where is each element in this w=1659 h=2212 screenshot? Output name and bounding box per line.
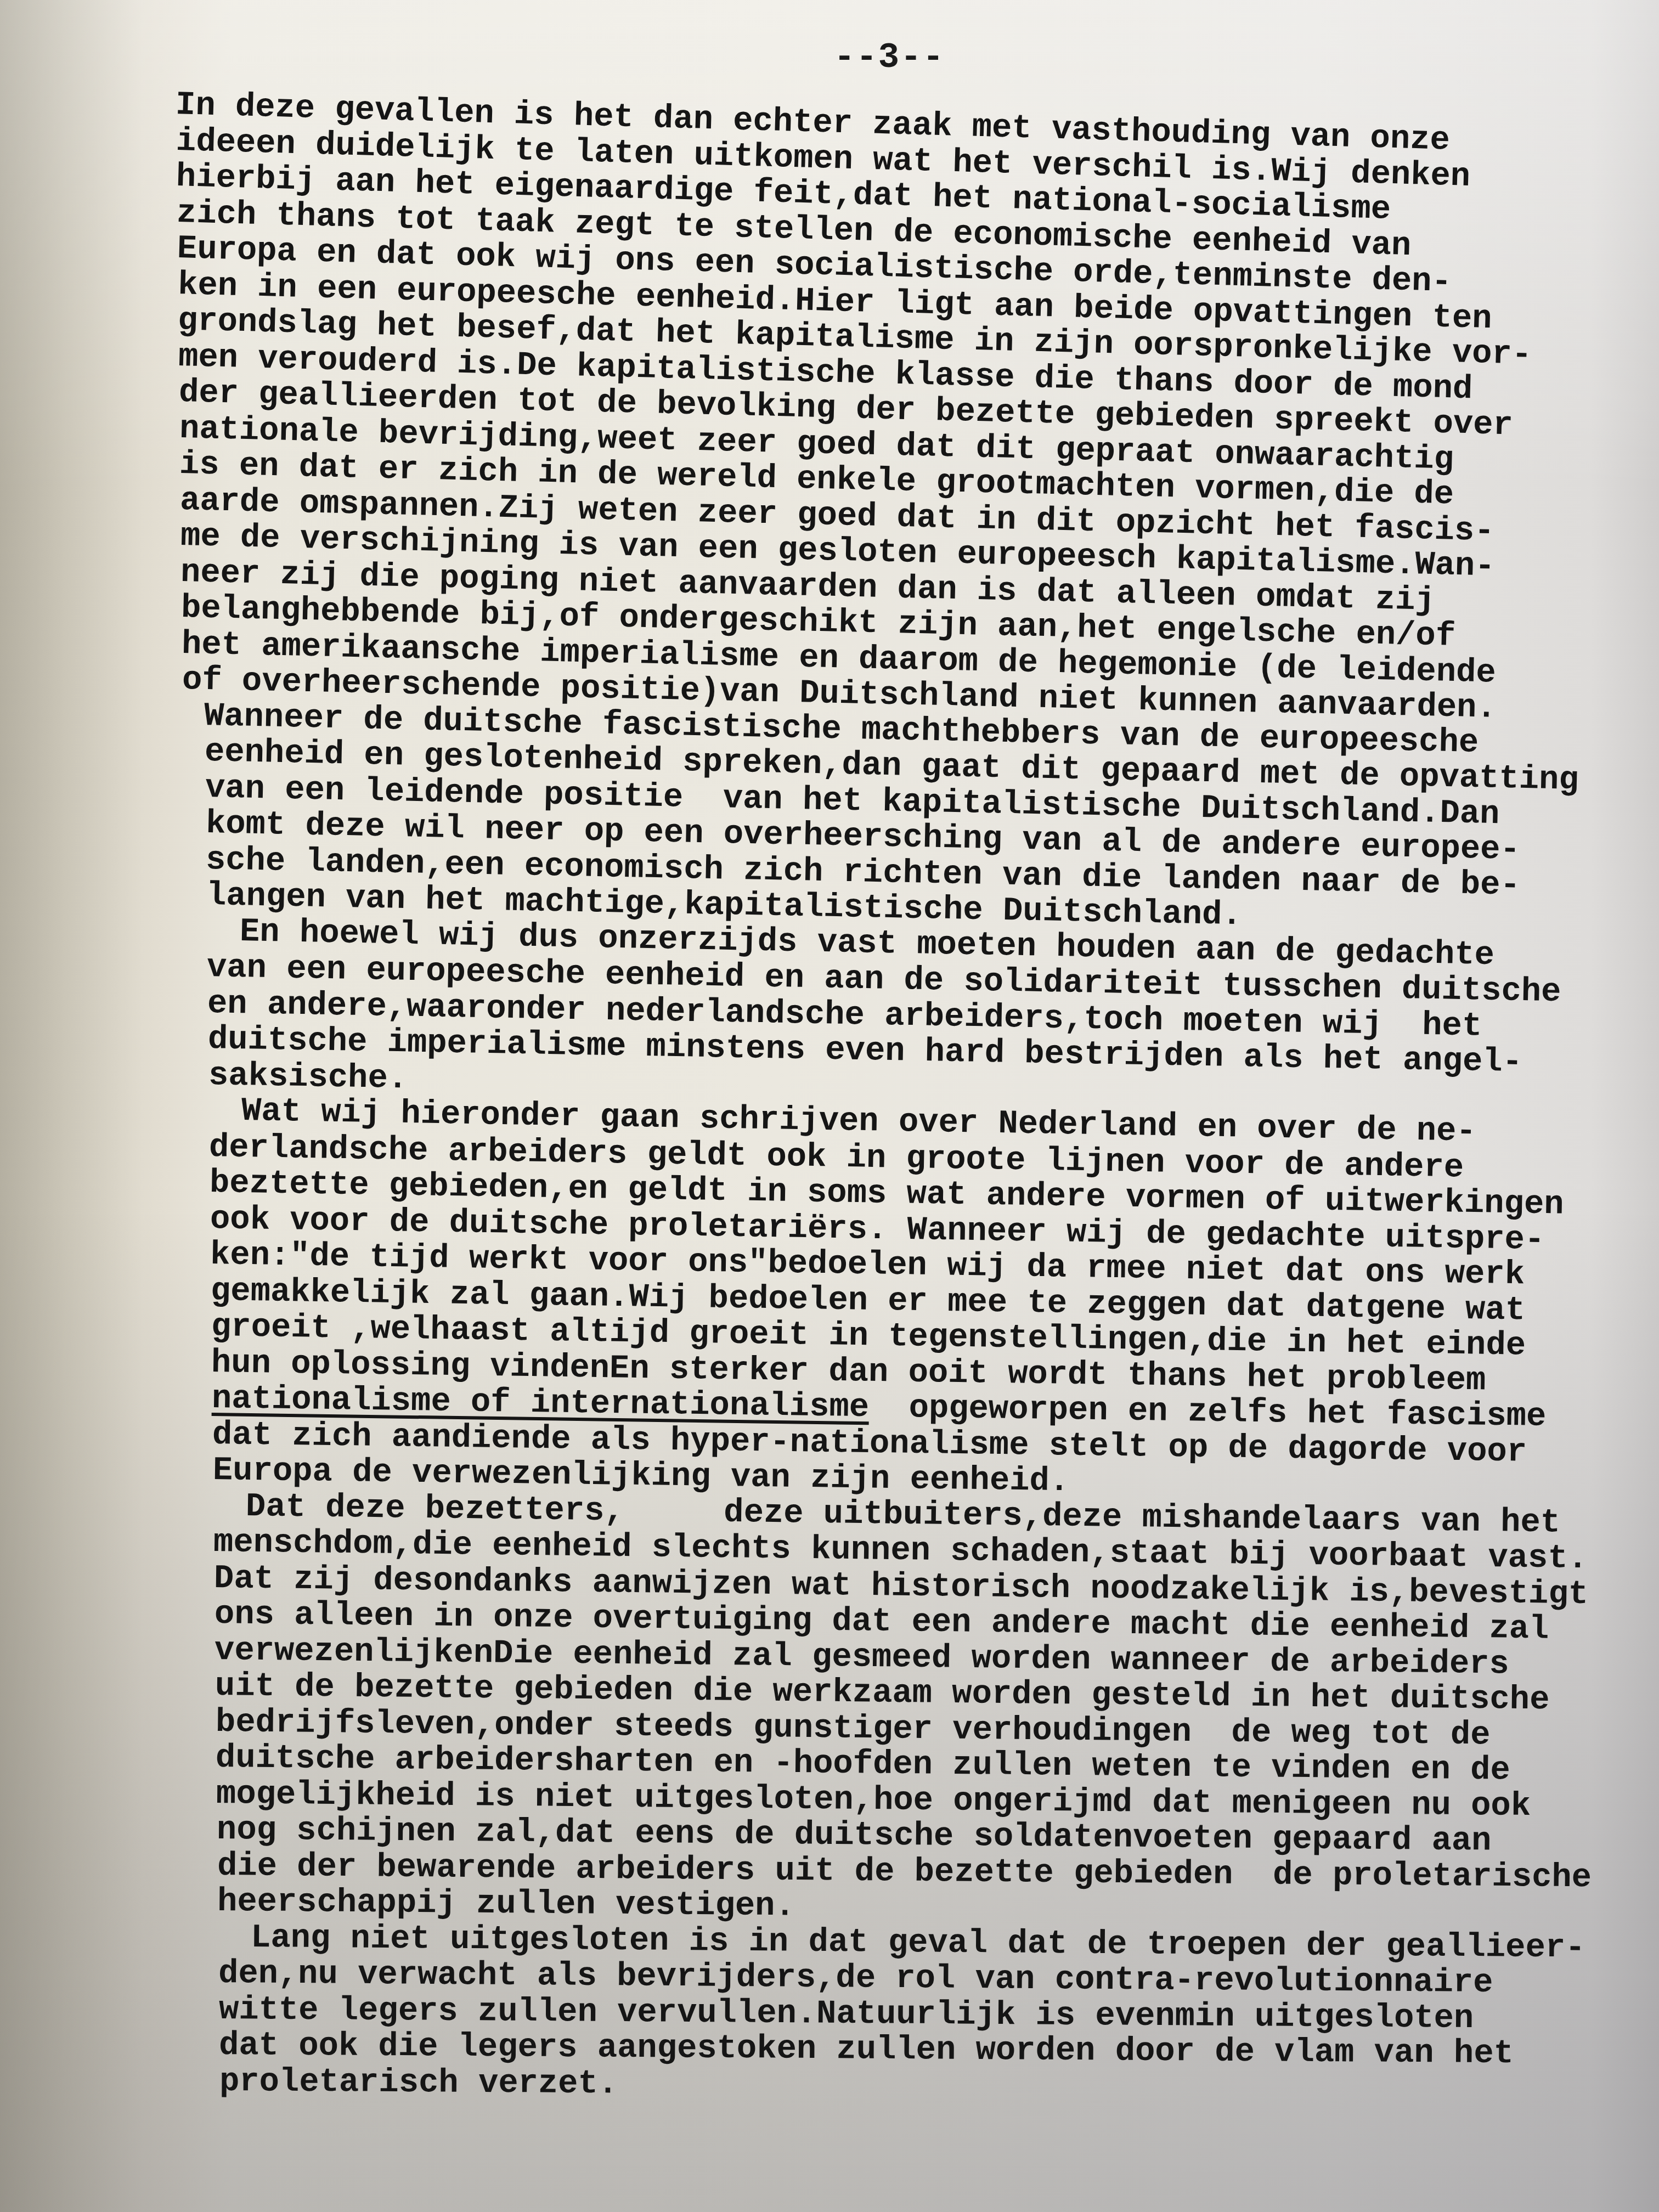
- paper-fold-edge: [0, 0, 143, 2212]
- page-number: --3--: [834, 38, 945, 78]
- typed-body-text: In deze gevallen is het dan echter zaak …: [198, 88, 1635, 2100]
